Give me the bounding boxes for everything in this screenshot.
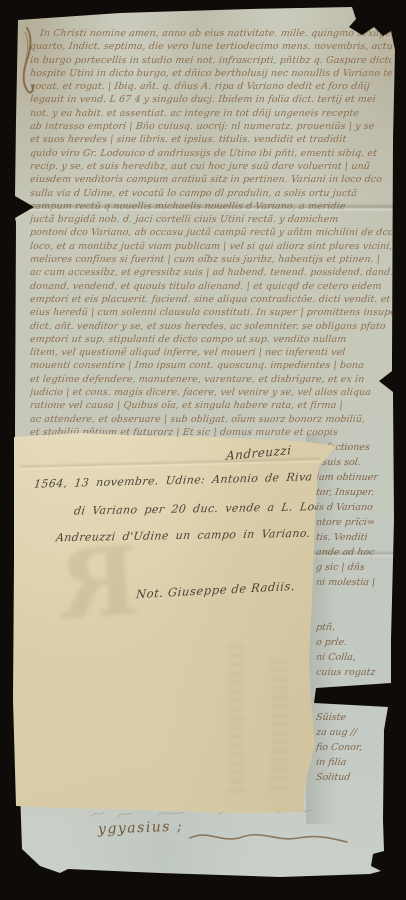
manuscript-line: sulla via d Udine, et vocatũ lo campo dl… [29,187,392,200]
showthrough-smudge [228,645,244,795]
manuscript-line: legauit in vend. L 67 4 y singulo ducj. … [29,93,392,106]
flourish-stroke [188,826,350,850]
fold-crease [14,203,394,212]
manuscript-line: ac attendere, et obseruare | sub obligat… [29,413,392,426]
manuscript-line: not. y ea habit. et assentiat. ac integr… [29,107,392,120]
manuscript-line: in burgo portecellis in studio mei not. … [29,54,392,67]
manuscript-line: vocat. et rogat. | Ibiq. añt. q. dñus A.… [29,80,392,93]
manuscript-line: quido viro Gr. Lodouico d andriussijs de… [29,147,392,160]
manuscript-line: mouenti consentire | Imo ipsum cont. quo… [29,359,392,372]
manuscript-line: emptori ut sup. stipulanti de dicto camp… [29,333,392,346]
manuscript-line: quarto, Indict. septima, die vero lune t… [29,40,392,53]
manuscript-line: loco, et a montibz juctã viam publicam |… [29,240,392,253]
manuscript-line: ab intrasso emptori | Bño cuiusq. uocrij… [29,120,392,133]
manuscript-line: In Christi nomine amen, anno ab eius nat… [29,27,392,40]
shadow-of-note [306,434,396,824]
manuscript-line: recip. y se, et suis heredibz, aut cui h… [29,160,392,173]
manuscript-line: et legtime defendere, manutenere, varent… [29,373,392,386]
showthrough-smudge [272,660,288,790]
signature-flourish: ygyasius ; [98,819,184,838]
manuscript-line: eius heredũ | cum solenni clausula const… [29,306,392,319]
manuscript-line: litem, vel questionẽ aliqud inferre, vel… [29,346,392,359]
manuscript-line: hospite Utini in dicto burgo, et dñico b… [29,67,392,80]
manuscript-photo: In Christi nomine amen, anno ab eius nat… [0,0,406,900]
manuscript-line: ac cum accessibz, et egressibz suis | ad… [29,266,392,279]
manuscript-line: meliores confines si fuerint | cum oĩbz … [29,253,392,266]
docket-notary-line: Not. Giuseppe de Radiis. [135,579,295,601]
manuscript-line: eiusdem venditoris campum aratiuũ sitz i… [29,173,392,186]
manuscript-line: dict. añt. venditor y se, et suos herede… [29,320,392,333]
manuscript-line: judicio | et cons. magis dicere. facere,… [29,386,392,399]
manuscript-line: donand. vendend. et quouis titulo aliena… [29,280,392,293]
notarial-act-text: In Christi nomine amen, anno ab eius nat… [30,27,392,439]
manuscript-line: et suos heredes | sine libris. et ipsius… [29,133,392,146]
manuscript-line: pontoni dco Variano, ab occasu juctã cam… [29,226,392,239]
manuscript-line: emptori et eis placuerit. faciend. sine … [29,293,392,306]
manuscript-line: juctã bragidã nob. d. jaci cortelli ciui… [29,213,392,226]
manuscript-line: ratione vel causa | Quibus oĩa, et singu… [29,399,392,412]
docket-body-line-1: di Variano per 20 duc. vende a L. Lodovi… [73,500,354,518]
docket-date-line: 1564, 13 novembre. Udine: Antonio de Riv… [33,470,313,490]
